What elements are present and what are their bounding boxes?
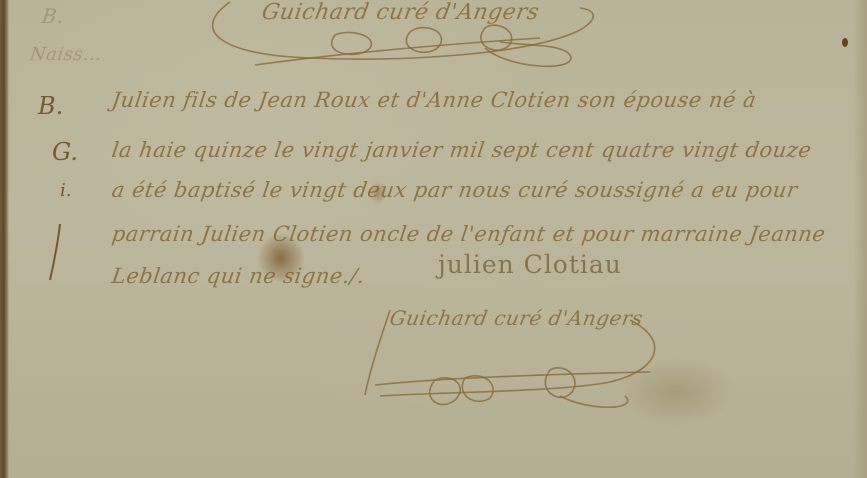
ink-stain-small (370, 182, 386, 204)
entry-line-5: Leblanc qui ne signe./. (110, 264, 366, 288)
page-right-edge (853, 0, 867, 478)
margin-letter-b: B. (38, 92, 63, 120)
entry-line-2: la haie quinze le vingt janvier mil sept… (110, 138, 813, 162)
ink-spot (842, 38, 848, 47)
manuscript-page: B. Naiss... Guichard curé d'Angers B. G.… (0, 0, 867, 478)
entry-line-4: parrain Julien Clotien oncle de l'enfant… (110, 222, 827, 246)
page-binding-edge (0, 0, 9, 478)
header-paraph-flourish (200, 0, 620, 80)
margin-stroke (46, 222, 66, 282)
entry-line-1: Julien fils de Jean Roux et d'Anne Cloti… (110, 88, 758, 112)
priest-paraph-flourish (360, 300, 680, 420)
witness-signature: julien Clotiau (438, 250, 622, 279)
faded-mark-top: B. (40, 4, 65, 28)
margin-letter-i: i. (60, 180, 71, 201)
margin-letter-g: G. (52, 138, 78, 166)
ink-stain (258, 234, 304, 282)
entry-line-3: a été baptisé le vingt deux par nous cur… (110, 178, 799, 202)
faded-mark-naiss: Naiss... (29, 44, 104, 65)
